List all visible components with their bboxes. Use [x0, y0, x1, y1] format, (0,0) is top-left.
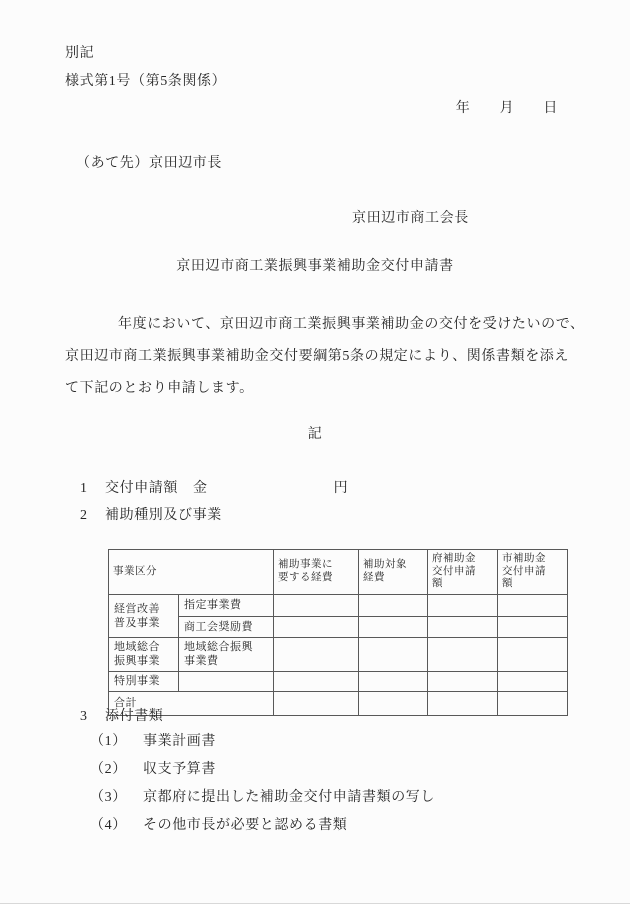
- empty-cell: [428, 691, 498, 715]
- empty-cell: [498, 594, 568, 616]
- body-line-2: 京田辺市商工業振興事業補助金交付要綱第5条の規定により、関係書類を添え: [65, 350, 570, 364]
- item-2-line: 2補助種別及び事業: [80, 509, 222, 523]
- table-header-row: 事業区分 補助事業に 要する経費 補助対象 経費 府補助金 交付申請 額 市補助…: [109, 550, 568, 595]
- doc-title: 京田辺市商工業振興事業補助金交付申請書: [0, 260, 630, 274]
- attachment-number: （4）: [90, 819, 128, 833]
- empty-cell: [498, 637, 568, 671]
- form-number: 様式第1号（第5条関係）: [65, 75, 226, 89]
- row-label-chiiki-hi: 地域総合振興 事業費: [179, 637, 274, 671]
- row-label-chiiki: 地域総合 振興事業: [109, 637, 179, 671]
- table-row: 経営改善 普及事業 指定事業費: [109, 594, 568, 616]
- empty-cell: [498, 691, 568, 715]
- empty-cell: [359, 691, 428, 715]
- item-1-label: 交付申請額: [105, 481, 178, 496]
- attachment-label: その他市長が必要と認める書類: [143, 818, 347, 833]
- attachment-item: （3）京都府に提出した補助金交付申請書類の写し: [90, 791, 435, 805]
- empty-cell: [274, 691, 359, 715]
- row-label-shokokai: 商工会奨励費: [179, 616, 274, 637]
- addressee-line: （あて先）京田辺市長: [76, 157, 222, 171]
- table-row: 特別事業: [109, 671, 568, 691]
- date-line: 年 月 日: [456, 102, 558, 116]
- attachment-item: （4）その他市長が必要と認める書類: [90, 819, 347, 833]
- empty-cell: [428, 671, 498, 691]
- attachment-item: （1）事業計画書: [90, 735, 216, 749]
- empty-cell: [179, 671, 274, 691]
- bekki-label: 別記: [65, 47, 94, 61]
- empty-cell: [359, 637, 428, 671]
- item-1-currency: 金: [193, 481, 208, 496]
- row-label-tokubetsu: 特別事業: [109, 671, 179, 691]
- col-header-pref: 府補助金 交付申請 額: [428, 550, 498, 595]
- item-2-label: 補助種別及び事業: [105, 508, 222, 523]
- attachment-label: 収支予算書: [143, 762, 216, 777]
- body-line-1: 年度において、京田辺市商工業振興事業補助金の交付を受けたいので、: [65, 318, 623, 332]
- empty-cell: [274, 616, 359, 637]
- attachment-label: 事業計画書: [143, 734, 216, 749]
- ki-heading: 記: [0, 428, 630, 442]
- table-row-total: 合計: [109, 691, 568, 715]
- row-label-shitei: 指定事業費: [179, 594, 274, 616]
- row-label-keiei: 経営改善 普及事業: [109, 594, 179, 637]
- item-3-label: 添付書類: [105, 709, 163, 724]
- attachment-number: （3）: [90, 791, 128, 805]
- col-header-category: 事業区分: [109, 550, 274, 595]
- item-3-number: 3: [80, 710, 105, 724]
- empty-cell: [274, 594, 359, 616]
- empty-cell: [498, 671, 568, 691]
- empty-cell: [428, 594, 498, 616]
- attachment-number: （1）: [90, 735, 128, 749]
- document-page: 別記 様式第1号（第5条関係） 年 月 日 （あて先）京田辺市長 京田辺市商工会…: [0, 0, 630, 904]
- col-header-target: 補助対象 経費: [359, 550, 428, 595]
- empty-cell: [274, 671, 359, 691]
- empty-cell: [274, 637, 359, 671]
- empty-cell: [428, 616, 498, 637]
- sender-line: 京田辺市商工会長: [352, 212, 469, 226]
- empty-cell: [498, 616, 568, 637]
- empty-cell: [359, 594, 428, 616]
- table-row: 地域総合 振興事業 地域総合振興 事業費: [109, 637, 568, 671]
- subsidy-table: 事業区分 補助事業に 要する経費 補助対象 経費 府補助金 交付申請 額 市補助…: [108, 549, 568, 716]
- item-1-unit: 円: [334, 481, 349, 496]
- body-line-3: て下記のとおり申請します。: [65, 382, 570, 396]
- item-2-number: 2: [80, 509, 105, 523]
- item-3-line: 3添付書類: [80, 710, 163, 724]
- item-1-line: 1交付申請額金円: [80, 482, 348, 496]
- col-header-expense: 補助事業に 要する経費: [274, 550, 359, 595]
- item-1-number: 1: [80, 482, 105, 496]
- attachment-number: （2）: [90, 763, 128, 777]
- col-header-city: 市補助金 交付申請 額: [498, 550, 568, 595]
- attachment-item: （2）収支予算書: [90, 763, 216, 777]
- empty-cell: [359, 671, 428, 691]
- empty-cell: [428, 637, 498, 671]
- attachment-label: 京都府に提出した補助金交付申請書類の写し: [143, 790, 435, 805]
- empty-cell: [359, 616, 428, 637]
